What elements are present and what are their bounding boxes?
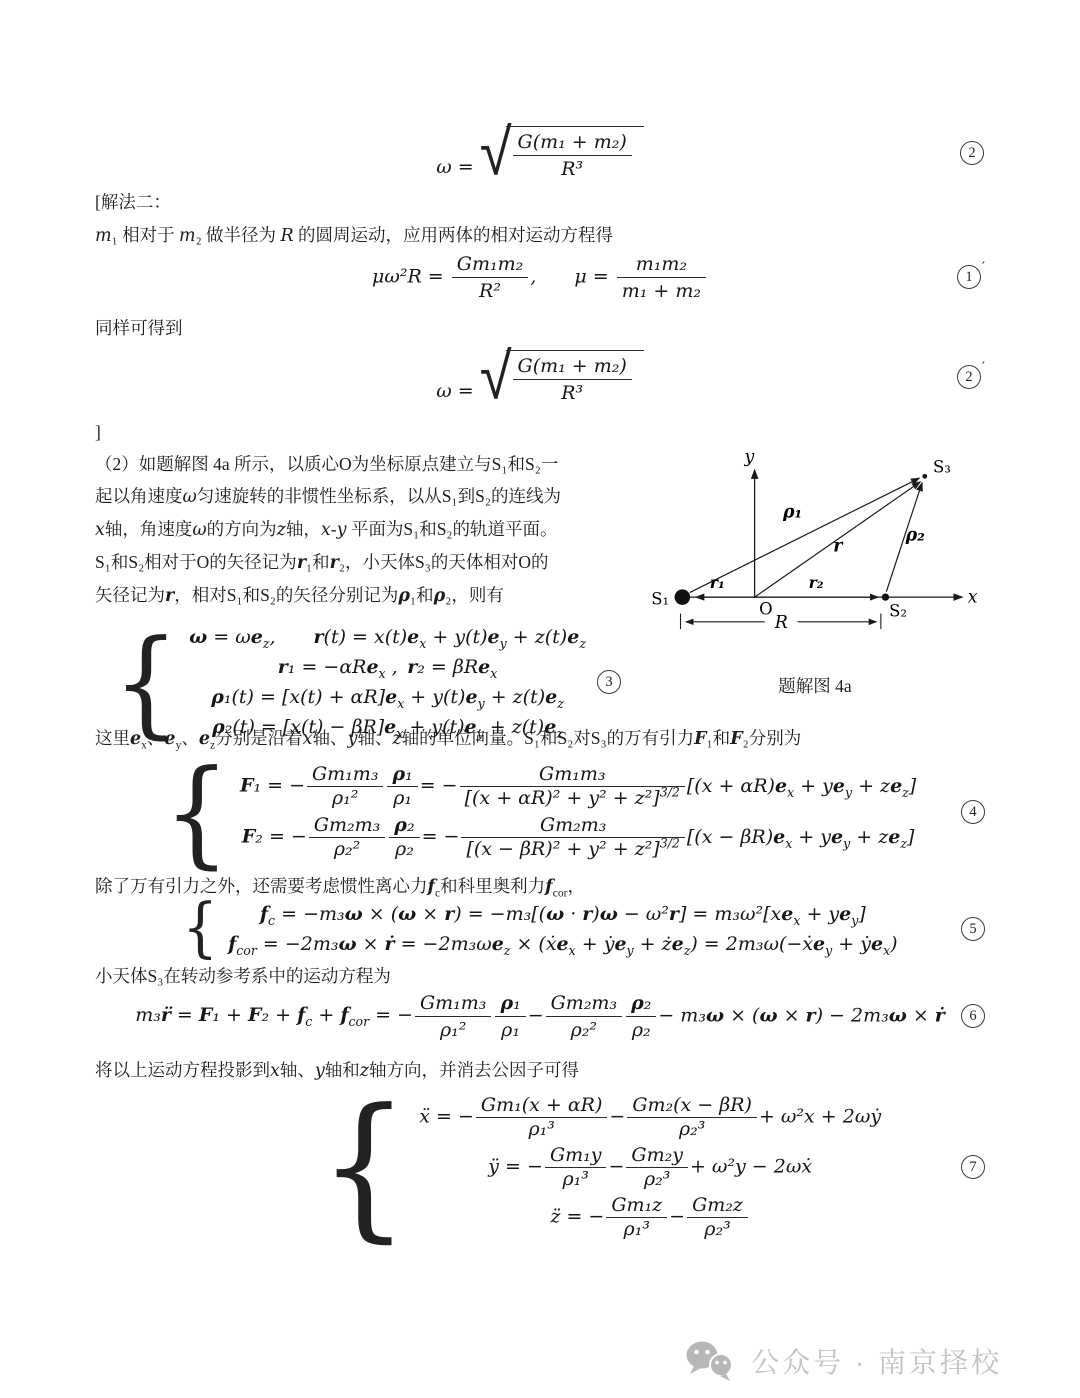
equation-1-prime: μω²R = Gm₁m₂R², μ = m₁m₂m₁ + m₂ 1′ — [95, 246, 985, 308]
s2-body — [882, 593, 889, 600]
r-label: r — [833, 536, 844, 556]
equation-2: ω = √G(m₁ + m₂)R³ 2 — [95, 112, 985, 194]
equation-4-body: F₁ = −Gm₁m₃ρ₁²ρ₁ρ₁= −Gm₁m₃[(x + αR)² + y… — [240, 765, 916, 859]
watermark-text: 公众号 · 南京择校 — [751, 1341, 1002, 1381]
equation-2-body: ω = √G(m₁ + m₂)R³ — [436, 126, 644, 181]
r2-label: r₂ — [809, 573, 824, 592]
r1-label: r₁ — [710, 573, 725, 592]
paragraph-line: 起以角速度ω匀速旋转的非惯性坐标系，以从S₁到S₂的连线为 — [95, 480, 639, 513]
bracket-close: ] — [95, 416, 101, 448]
watermark: 公众号 · 南京择校 — [685, 1340, 1002, 1382]
equation-5-body: fc = −m₃ω × (ω × r) = −m₃[(ω · r)ω − ω²r… — [228, 899, 898, 959]
x-axis-label: x — [968, 588, 978, 608]
radical-icon: √ — [480, 123, 512, 183]
s1-label: S₁ — [651, 589, 669, 608]
s2-label: S₂ — [889, 601, 907, 620]
origin-label: O — [759, 600, 773, 619]
rho1-label: ρ₁ — [782, 503, 802, 523]
left-brace-icon: { — [182, 897, 218, 961]
part2-text-column: （2）如题解图 4a 所示，以质心O为坐标原点建立与S₁和S₂一 起以角速度ω匀… — [95, 448, 639, 742]
equation-label-6: 6 — [961, 1004, 985, 1028]
s3-label: S₃ — [933, 458, 951, 477]
equation-label-1-prime: 1′ — [957, 265, 985, 289]
wechat-icon — [685, 1340, 735, 1382]
equation-5: { fc = −m₃ω × (ω × r) = −m₃[(ω · r)ω − ω… — [95, 896, 985, 962]
radical-icon: √ — [480, 347, 512, 407]
orbit-diagram: y x S₁ S₂ S₃ O ρ₁ r ρ₂ r₁ r₂ R — [645, 448, 985, 663]
part2-section: （2）如题解图 4a 所示，以质心O为坐标原点建立与S₁和S₂一 起以角速度ω匀… — [95, 448, 985, 742]
equation-6-body: m₃r̈ = F₁ + F₂ + fc + fcor = −Gm₁m₃ρ₁²ρ₁… — [135, 992, 945, 1041]
diagram-caption: 题解图 4a — [645, 670, 985, 702]
equation-7-body: ẍ = −Gm₁(x + αR)ρ₁³−Gm₂(x − βR)ρ₂³+ ω²x … — [419, 1096, 881, 1239]
R-label: R — [774, 613, 788, 633]
y-axis-label: y — [744, 448, 755, 468]
method2-heading: [解法二： — [95, 186, 171, 218]
paragraph-line: 矢径记为r，相对S₁和S₂的矢径分别记为ρ₁和ρ₂，则有 — [95, 579, 639, 612]
paragraph-line: （2）如题解图 4a 所示，以质心O为坐标原点建立与S₁和S₂一 — [95, 448, 639, 480]
diagram-column: y x S₁ S₂ S₃ O ρ₁ r ρ₂ r₁ r₂ R 题解图 4a — [639, 448, 985, 742]
equation-2-prime: ω = √G(m₁ + m₂)R³ 2′ — [95, 336, 985, 418]
equation-label-5: 5 — [961, 917, 985, 941]
equation-label-2-prime: 2′ — [957, 365, 985, 389]
equation-label-3: 3 — [597, 670, 621, 694]
paragraph-line: S₁和S₂相对于O的矢径记为r₁和r₂，小天体S₃的天体相对O的 — [95, 546, 639, 579]
equation-label-2: 2 — [960, 141, 985, 165]
equation-label-4: 4 — [961, 800, 985, 824]
s1-body — [675, 589, 691, 605]
document-page: ω = √G(m₁ + m₂)R³ 2 [解法二： m₁ 相对于 m₂ 做半径为… — [0, 0, 1080, 1398]
equation-7: { ẍ = −Gm₁(x + αR)ρ₁³−Gm₂(x − βR)ρ₂³+ ω²… — [95, 1082, 985, 1252]
equation-label-7: 7 — [961, 1155, 985, 1179]
paragraph-line: x轴，角速度ω的方向为z轴，x-y 平面为S₁和S₂的轨道平面。 — [95, 513, 639, 546]
equation-1-prime-body: μω²R = Gm₁m₂R², μ = m₁m₂m₁ + m₂ — [372, 253, 708, 302]
rho2-label: ρ₂ — [905, 525, 926, 545]
equation-6: m₃r̈ = F₁ + F₂ + fc + fcor = −Gm₁m₃ρ₁²ρ₁… — [95, 984, 985, 1048]
s3-body — [922, 474, 927, 479]
equation-2-prime-body: ω = √G(m₁ + m₂)R³ — [436, 350, 644, 405]
left-brace-icon: { — [164, 754, 230, 870]
equation-4: { F₁ = −Gm₁m₃ρ₁²ρ₁ρ₁= −Gm₁m₃[(x + αR)² +… — [95, 754, 985, 870]
left-brace-icon: { — [319, 1089, 409, 1245]
